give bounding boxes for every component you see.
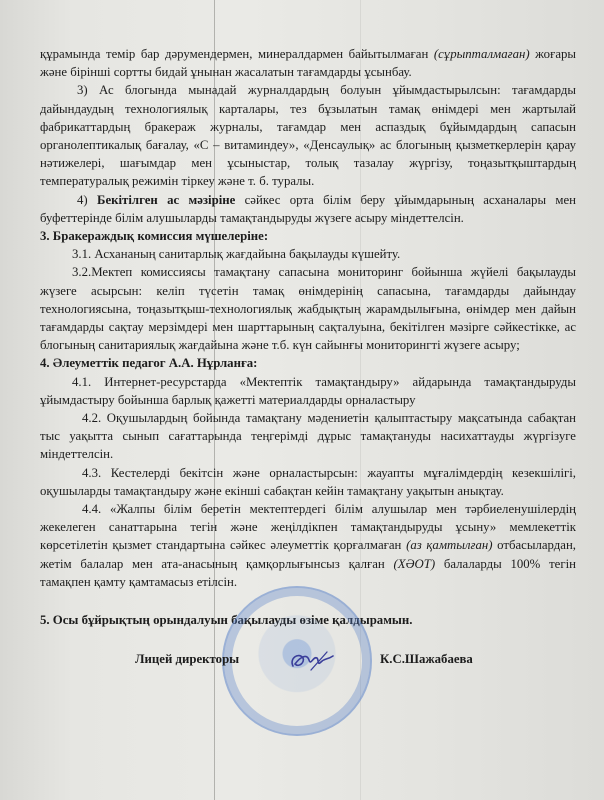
section-4-heading: 4. Әлеуметтік педагог А.А. Нұрланға: xyxy=(40,354,576,372)
section-3-heading: 3. Бракераждық комиссия мүшелеріне: xyxy=(40,227,576,245)
paragraph-item-4: 4) Бекітілген ас мәзіріне сәйкес орта бі… xyxy=(40,191,576,227)
item-3-1: 3.1. Асхананың санитарлық жағдайына бақы… xyxy=(40,245,576,263)
item-4-4: 4.4. «Жалпы білім беретін мектептердегі … xyxy=(40,500,576,591)
italic-text: (ХӘОТ) xyxy=(394,557,436,571)
text: 4) xyxy=(77,193,97,207)
item-4-2: 4.2. Оқушылардың бойында тамақтану мәден… xyxy=(40,409,576,464)
item-4-1: 4.1. Интернет-ресурстарда «Мектептік там… xyxy=(40,373,576,409)
bold-text: Бекітілген ас мәзіріне xyxy=(97,193,235,207)
signer-name: К.С.Шажабаева xyxy=(380,652,473,667)
text: құрамында темір бар дәрумендермен, минер… xyxy=(40,47,434,61)
paragraph-item-3: 3) Ас блогында мынадай журналдардың болу… xyxy=(40,81,576,190)
item-3-2: 3.2.Мектеп комиссиясы тамақтану сапасына… xyxy=(40,263,576,354)
paragraph-intro: құрамында темір бар дәрумендермен, минер… xyxy=(40,45,576,81)
signer-title: Лицей директоры xyxy=(135,652,239,667)
italic-text: (сұрыпталмаған) xyxy=(434,47,530,61)
italic-text: (аз қамтылған) xyxy=(406,538,492,552)
item-4-3: 4.3. Кестелерді бекітсін және орналастыр… xyxy=(40,464,576,500)
document-body: құрамында темір бар дәрумендермен, минер… xyxy=(40,45,576,629)
signature-row: Лицей директоры К.С.Шажабаева xyxy=(0,652,604,676)
